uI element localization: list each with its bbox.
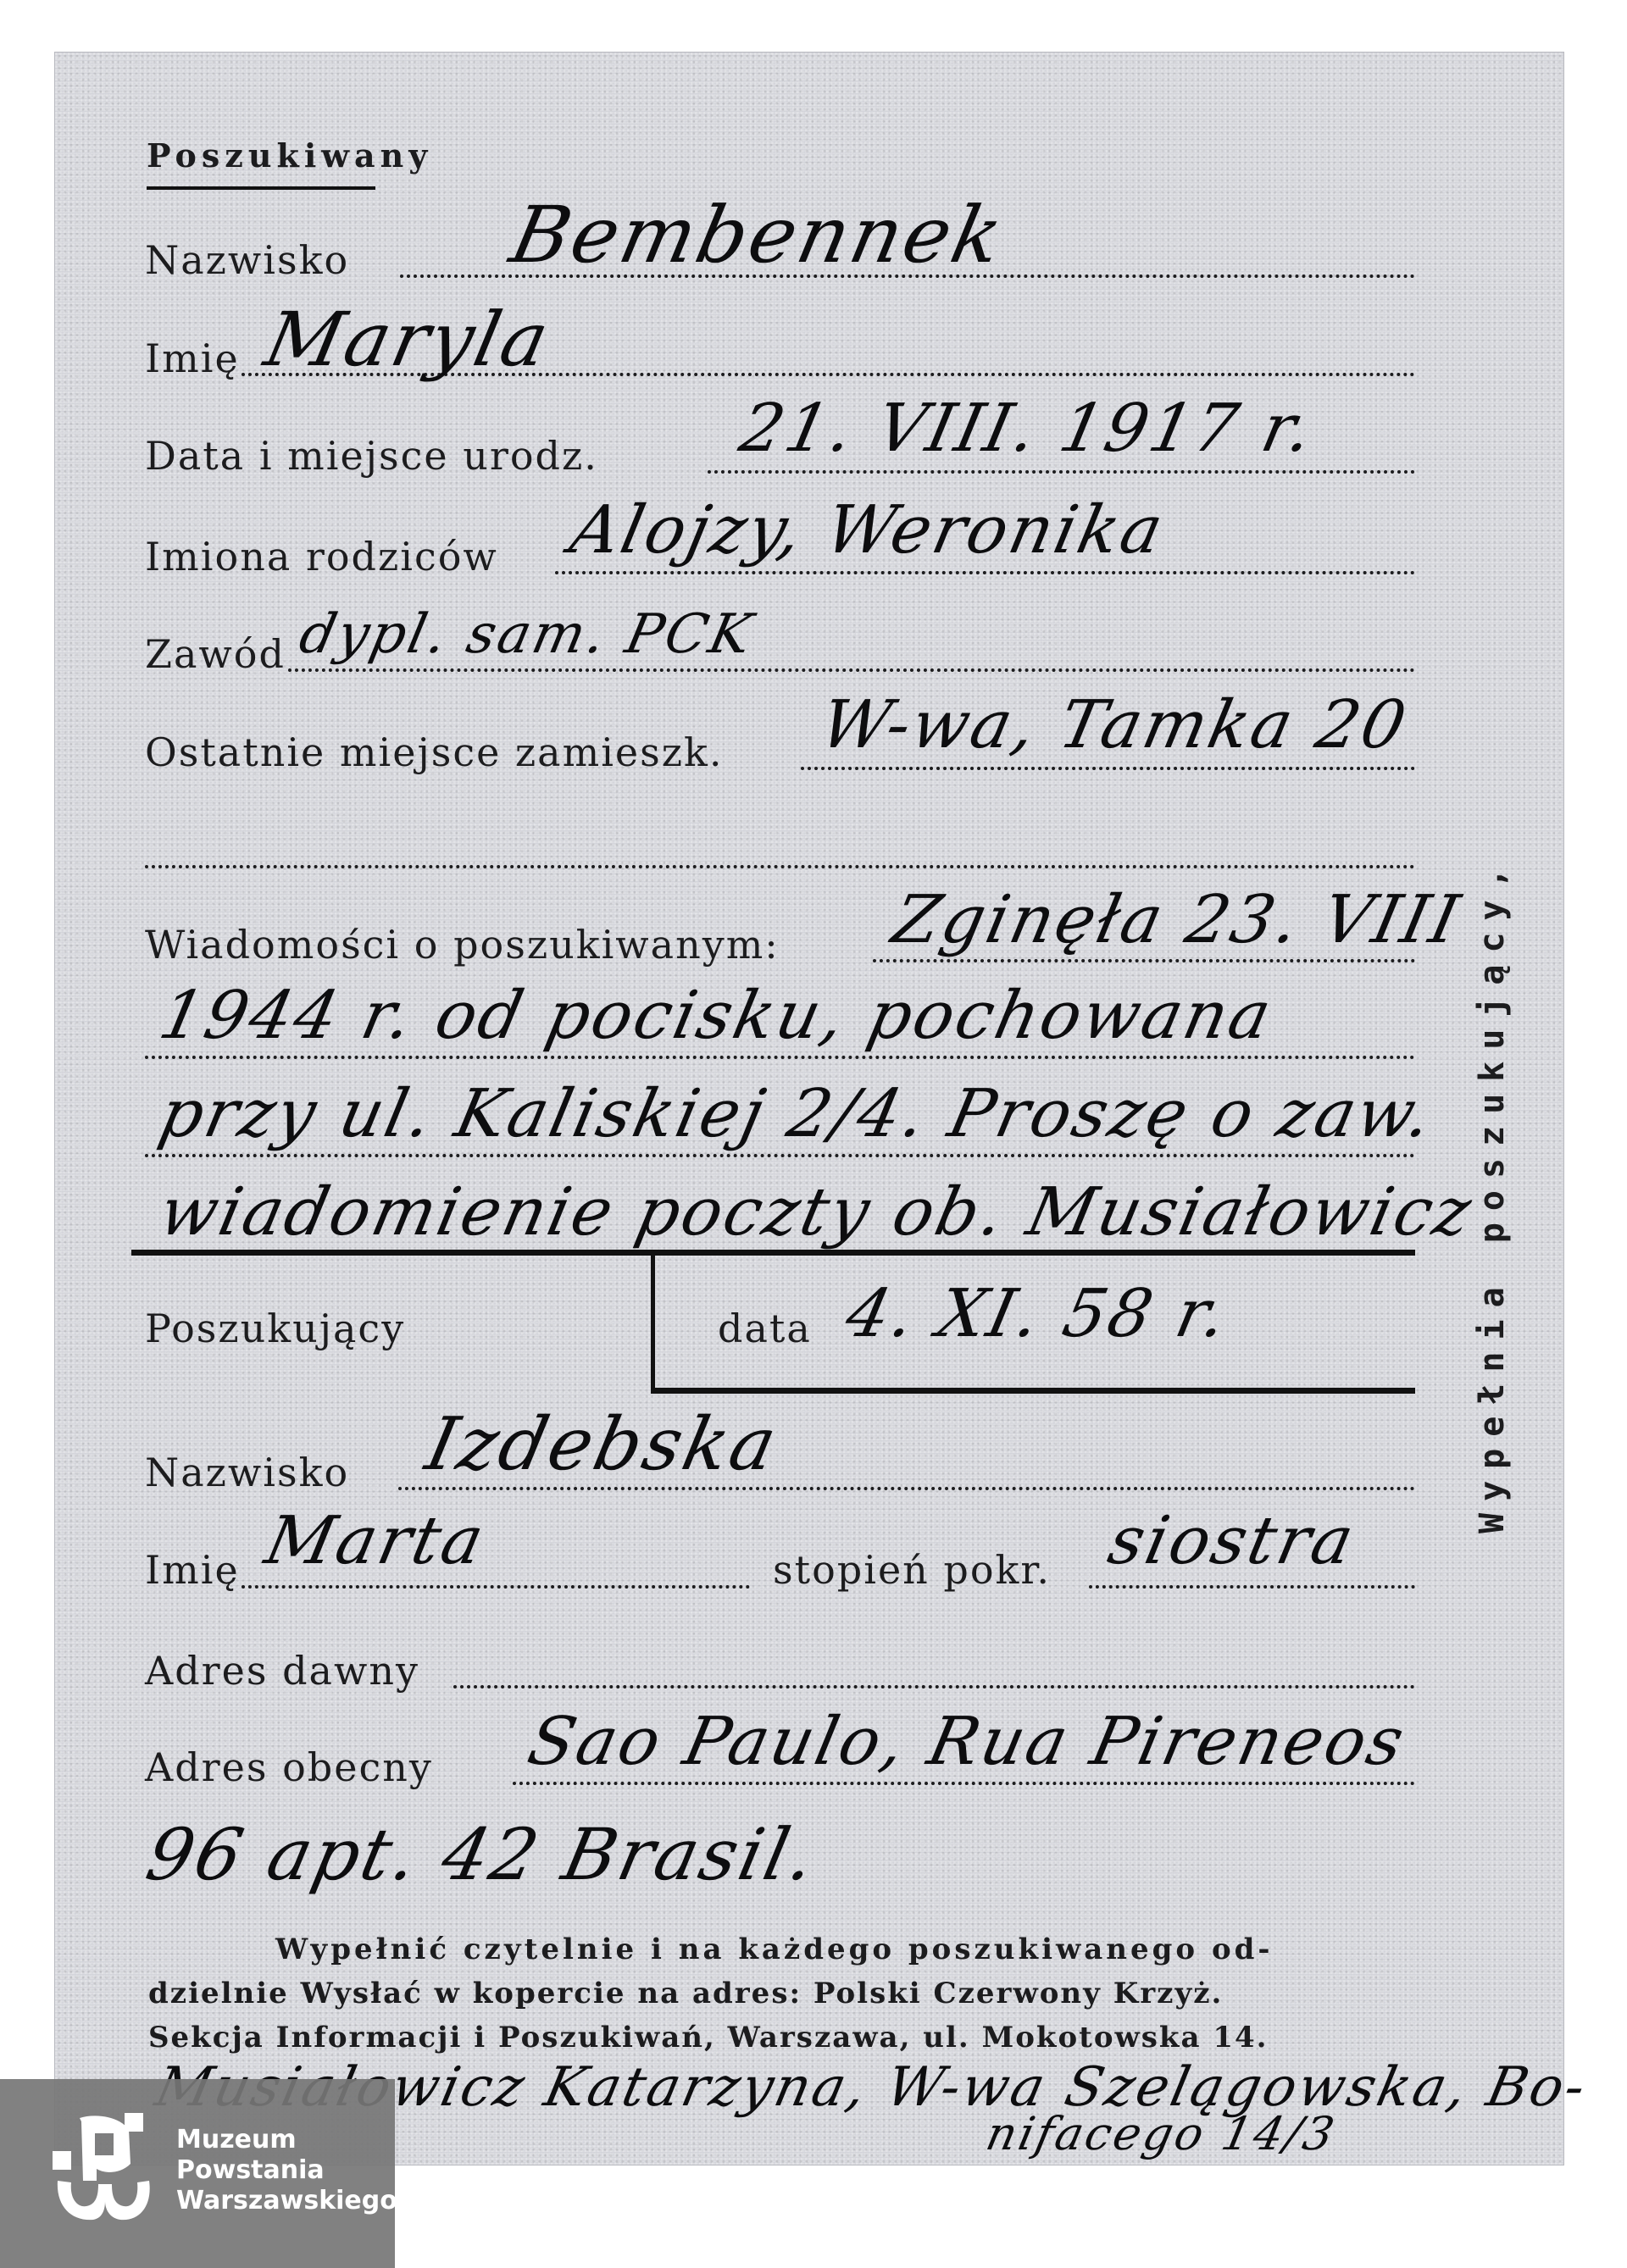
footer-instruction-2: dzielnie Wysłać w kopercie na adres: Pol… (148, 1979, 1223, 2008)
seeker-former-address-label: Adres dawny (145, 1651, 419, 1690)
seeker-current-address-value-2: 96 apt. 42 Brasil. (141, 1819, 824, 1890)
sought-birth-label: Data i miejsce urodz. (145, 436, 598, 475)
sought-surname-value: Bembennek (504, 197, 1011, 274)
title-underline (147, 186, 375, 190)
blank-line (145, 865, 1415, 868)
sought-section-title: Poszukiwany (147, 140, 432, 172)
museum-watermark: Muzeum Powstania Warszawskiego (0, 2079, 395, 2268)
seeker-surname-value: Izdebska (420, 1408, 785, 1481)
sought-news-value-2: 1944 r. od pocisku, pochowana (154, 983, 1279, 1049)
sought-last-residence-line (801, 767, 1415, 770)
sought-occupation-line (288, 668, 1415, 672)
seeker-section-title: Poszukujący (145, 1309, 405, 1348)
date-value: 4. XI. 58 r. (841, 1281, 1235, 1347)
sought-news-line-1 (873, 959, 1415, 962)
seeker-former-address-line (453, 1685, 1415, 1689)
watermark-line-2: Powstania (176, 2155, 325, 2186)
date-box-left-rule (651, 1250, 655, 1389)
seeker-relation-line (1089, 1585, 1415, 1589)
sought-news-line-2 (145, 1056, 1415, 1059)
news-bottom-rule (131, 1250, 1415, 1256)
sought-first-name-value: Maryla (259, 302, 558, 377)
sought-occupation-label: Zawód (145, 635, 286, 674)
footer-instruction-1: Wypełnić czytelnie i na każdego poszukiw… (275, 1935, 1274, 1964)
sought-birth-line (708, 470, 1415, 474)
seeker-first-name-line (242, 1585, 750, 1589)
sought-news-value-3: przy ul. Kaliskiej 2/4. Proszę o zaw. (154, 1081, 1440, 1147)
sought-news-value-1: Zginęła 23. VIII (887, 887, 1467, 953)
search-card: Poszukiwany Nazwisko Bembennek Imię Mary… (55, 53, 1563, 2165)
date-box-bottom-rule (651, 1388, 1415, 1394)
sought-parents-line (555, 571, 1415, 574)
sought-birth-value: 21. VIII. 1917 r. (735, 396, 1321, 462)
seeker-surname-label: Nazwisko (145, 1453, 349, 1492)
kotwica-anchor-icon (53, 2113, 154, 2223)
seeker-first-name-value: Marta (260, 1508, 491, 1574)
date-label: data (718, 1309, 812, 1348)
sought-last-residence-label: Ostatnie miejsce zamieszk. (145, 733, 723, 772)
seeker-relation-label: stopień pokr. (773, 1550, 1051, 1589)
sought-news-label: Wiadomości o poszukiwanym: (145, 925, 780, 964)
sought-parents-value: Alojzy, Weronika (565, 497, 1171, 563)
watermark-line-3: Warszawskiego (176, 2186, 397, 2216)
sought-news-line-3 (145, 1154, 1415, 1157)
seeker-surname-line (398, 1487, 1415, 1490)
sought-news-value-4: wiadomienie poczty ob. Musiałowicz (154, 1179, 1480, 1245)
seeker-current-address-value-1: Sao Paulo, Rua Pirenеos (523, 1709, 1412, 1775)
bottom-note-2: nifacego 14/3 (982, 2111, 1340, 2157)
footer-instruction-3: Sekcja Informacji i Poszukiwań, Warszawa… (148, 2023, 1269, 2052)
sought-occupation-value: dypl. sam. PCK (295, 607, 758, 662)
sought-surname-label: Nazwisko (145, 241, 349, 280)
seeker-current-address-label: Adres obecny (145, 1748, 433, 1787)
sought-parents-label: Imiona rodziców (145, 537, 498, 576)
sought-first-name-label: Imię (145, 339, 240, 378)
seeker-first-name-label: Imię (145, 1550, 240, 1589)
sought-last-residence-value: W-wa, Tamka 20 (815, 692, 1414, 758)
vertical-side-note: Wypełnia poszukujący, (1473, 856, 1512, 1533)
watermark-line-1: Muzeum (176, 2125, 297, 2155)
seeker-current-address-line (513, 1782, 1415, 1785)
seeker-relation-value: siostra (1103, 1508, 1362, 1574)
